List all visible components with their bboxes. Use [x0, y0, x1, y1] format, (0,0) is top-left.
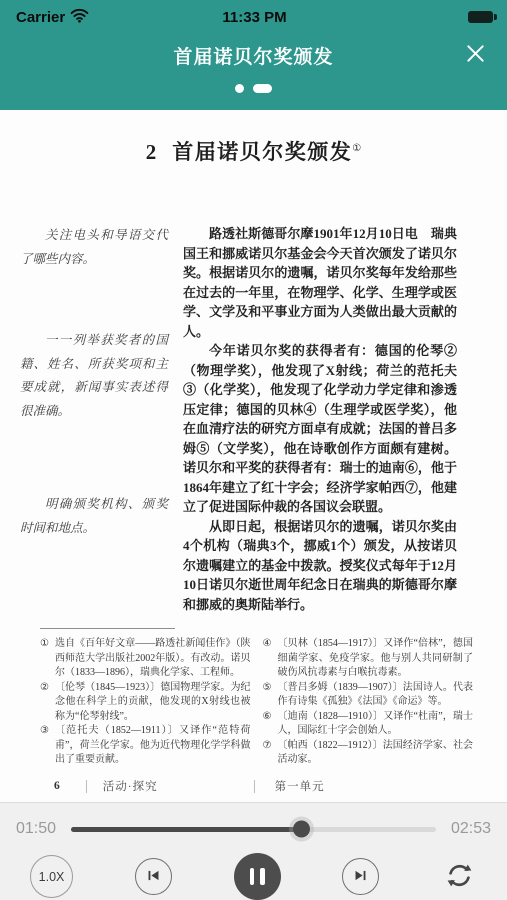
progress-row: 01:50 02:53	[0, 803, 507, 838]
skip-previous-icon	[145, 867, 162, 887]
page-number: 6	[54, 780, 60, 792]
paragraph: 从即日起，根据诺贝尔的遗嘱，诺贝尔奖由4个机构（瑞典3个，挪威1个）颁发，从按诺…	[183, 517, 457, 615]
footnote: ⑥ 〔迪南（1828—1910）〕又译作“杜南”，瑞士人，国际红十字会创始人。	[263, 710, 474, 739]
repeat-icon	[444, 860, 475, 894]
margin-note: 关注电头和导语交代了哪些内容。	[20, 224, 168, 271]
page-dot-1[interactable]	[235, 84, 244, 93]
page-indicator	[0, 80, 507, 110]
paragraph: 今年诺贝尔奖的获得者有：德国的伦琴②（物理学奖），他发现了X射线；荷兰的范托夫③…	[183, 341, 457, 517]
footer-divider	[86, 780, 87, 793]
margin-note: 明确颁奖机构、颁奖时间和地点。	[20, 493, 168, 540]
carrier-label: Carrier	[16, 9, 65, 26]
page-title: 首届诺贝尔奖颁发	[173, 42, 333, 69]
page-footer: 6 活动·探究 第一单元	[0, 778, 507, 794]
total-time-label: 02:53	[451, 820, 491, 838]
title-footnote-ref: ①	[352, 143, 361, 154]
footnote-number: ④	[263, 637, 278, 681]
app-chrome: Carrier 11:33 PM 首届诺贝尔奖颁发	[0, 0, 507, 110]
footnotes-right-column: ④ 〔贝林（1854—1917）〕又译作“倍林”，德国细菌学家、免疫学家。他与别…	[263, 637, 474, 768]
article-body: 路透社斯德哥尔摩1901年12月10日电 瑞典国王和挪威诺贝尔基金会今天首次颁发…	[183, 224, 507, 614]
playback-speed-button[interactable]: 1.0X	[30, 855, 73, 898]
footnote-number: ③	[40, 724, 55, 768]
next-track-button[interactable]	[342, 858, 379, 895]
footnotes-left-column: ① 选自《百年好文章——路透社新闻佳作》（陕西师范大学出版社2002年版）。有改…	[40, 637, 251, 768]
content-area: 关注电头和导语交代了哪些内容。 一一列举获奖者的国籍、姓名、所获奖项和主要成就，…	[0, 224, 507, 614]
chapter-title-text: 首届诺贝尔奖颁发	[172, 140, 352, 164]
footnote: ⑤ 〔普吕多姆（1839—1907）〕法国诗人。代表作有诗集《孤独》《法国》《命…	[263, 681, 474, 710]
footer-divider	[254, 780, 255, 793]
skip-next-icon	[352, 867, 369, 887]
footnote: ② 〔伦琴（1845—1923）〕德国物理学家。为纪念他在科学上的贡献，他发现的…	[40, 681, 251, 725]
margin-notes-column: 关注电头和导语交代了哪些内容。 一一列举获奖者的国籍、姓名、所获奖项和主要成就，…	[0, 224, 183, 614]
footnote-text: 〔帕西（1822—1912）〕法国经济学家、社会活动家。	[278, 739, 474, 768]
footnote-number: ①	[40, 637, 55, 681]
footnote: ④ 〔贝林（1854—1917）〕又译作“倍林”，德国细菌学家、免疫学家。他与别…	[263, 637, 474, 681]
repeat-button[interactable]	[441, 859, 477, 895]
footnote-number: ⑥	[263, 710, 278, 739]
wifi-icon	[70, 8, 89, 27]
nav-bar: 首届诺贝尔奖颁发	[0, 30, 507, 80]
footer-unit-label: 第一单元	[275, 778, 325, 794]
status-time: 11:33 PM	[222, 9, 286, 26]
footnote-text: 〔伦琴（1845—1923）〕德国物理学家。为纪念他在科学上的贡献，他发现的X射…	[55, 681, 251, 725]
pause-button[interactable]	[234, 853, 281, 900]
player-controls: 1.0X	[0, 853, 507, 900]
footnotes: ① 选自《百年好文章——路透社新闻佳作》（陕西师范大学出版社2002年版）。有改…	[0, 637, 507, 768]
footnote-number: ⑦	[263, 739, 278, 768]
chapter-number: 2	[146, 140, 157, 164]
pause-icon	[260, 868, 265, 885]
margin-note: 一一列举获奖者的国籍、姓名、所获奖项和主要成就，新闻事实表述得很准确。	[20, 329, 168, 423]
footer-section-label: 活动·探究	[103, 778, 158, 794]
pause-icon	[250, 868, 255, 885]
battery-icon	[468, 11, 493, 23]
document-page: 2首届诺贝尔奖颁发① 关注电头和导语交代了哪些内容。 一一列举获奖者的国籍、姓名…	[0, 110, 507, 802]
status-bar: Carrier 11:33 PM	[0, 0, 507, 30]
footnote: ⑦ 〔帕西（1822—1912）〕法国经济学家、社会活动家。	[263, 739, 474, 768]
audio-player: 01:50 02:53 1.0X	[0, 802, 507, 900]
progress-fill	[71, 827, 301, 832]
current-time-label: 01:50	[16, 820, 56, 838]
previous-track-button[interactable]	[135, 858, 172, 895]
page-dot-2-active[interactable]	[253, 84, 272, 93]
chapter-title: 2首届诺贝尔奖颁发①	[0, 136, 507, 166]
footnote-text: 〔贝林（1854—1917）〕又译作“倍林”，德国细菌学家、免疫学家。他与别人共…	[278, 637, 474, 681]
footnote-text: 〔范托夫（1852—1911）〕又译作“范特荷甫”，荷兰化学家。他为近代物理化学…	[55, 724, 251, 768]
footnote-number: ⑤	[263, 681, 278, 710]
footnote-number: ②	[40, 681, 55, 725]
footnote: ③ 〔范托夫（1852—1911）〕又译作“范特荷甫”，荷兰化学家。他为近代物理…	[40, 724, 251, 768]
progress-bar[interactable]	[71, 827, 436, 832]
footnote-text: 〔迪南（1828—1910）〕又译作“杜南”，瑞士人，国际红十字会创始人。	[278, 710, 474, 739]
paragraph: 路透社斯德哥尔摩1901年12月10日电 瑞典国王和挪威诺贝尔基金会今天首次颁发…	[183, 224, 457, 341]
footnote-separator	[40, 628, 175, 629]
footnote-text: 选自《百年好文章——路透社新闻佳作》（陕西师范大学出版社2002年版）。有改动。…	[55, 637, 251, 681]
footnote-text: 〔普吕多姆（1839—1907）〕法国诗人。代表作有诗集《孤独》《法国》《命运》…	[278, 681, 474, 710]
progress-handle[interactable]	[293, 821, 310, 838]
close-icon	[464, 42, 487, 68]
close-button[interactable]	[457, 37, 493, 73]
footnote: ① 选自《百年好文章——路透社新闻佳作》（陕西师范大学出版社2002年版）。有改…	[40, 637, 251, 681]
